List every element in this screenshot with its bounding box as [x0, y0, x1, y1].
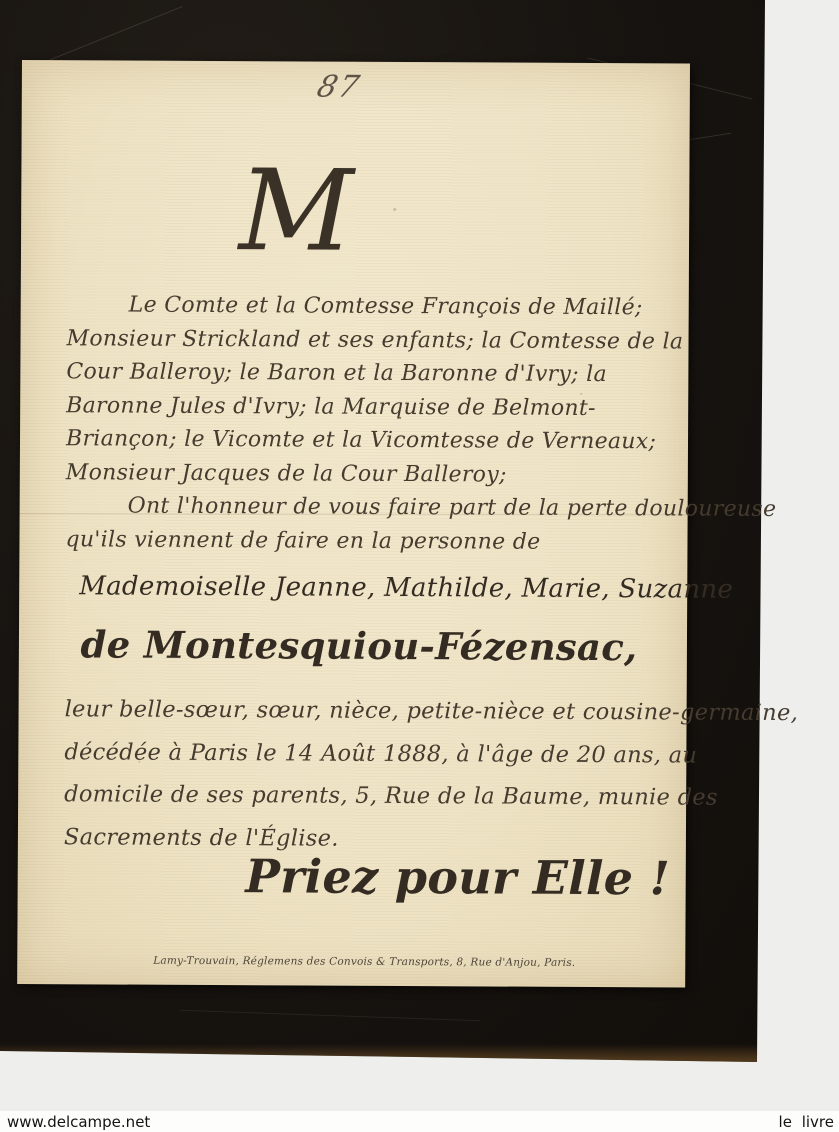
prayer-closing-line: Priez pour Elle !: [188, 849, 728, 906]
mat-scratch: [43, 6, 182, 63]
death-announcement-card: 87 M Le Comte et la Comtesse François de…: [17, 60, 690, 987]
undertaker-imprint: Lamy-Trouvain, Réglemens des Convois & T…: [87, 954, 641, 969]
handwritten-page-number: 87: [313, 70, 364, 105]
death-details-paragraph: leur belle-sœur, sœur, nièce, petite-niè…: [64, 688, 661, 861]
text-line: Monsieur Strickland et ses enfants; la C…: [66, 322, 662, 359]
text-line: Baronne Jules d'Ivry; la Marquise de Bel…: [66, 389, 662, 426]
delcampe-watermark: www.delcampe.net: [7, 1113, 150, 1131]
text-line: Cour Balleroy; le Baron et la Baronne d'…: [66, 355, 662, 392]
text-line: Briançon; le Vicomte et la Vicomtesse de…: [66, 422, 662, 459]
mat-bottom-edge: [0, 1044, 765, 1062]
text-line: domicile de ses parents, 5, Rue de la Ba…: [64, 773, 660, 819]
text-line: décédée à Paris le 14 Août 1888, à l'âge…: [64, 731, 660, 777]
le-livre-watermark: le livre: [779, 1113, 834, 1131]
paper-speck: [393, 208, 396, 211]
text-line: Ont l'honneur de vous faire part de la p…: [66, 489, 662, 526]
family-announcement-paragraph: Le Comte et la Comtesse François de Mail…: [65, 288, 662, 559]
deceased-given-names: Mademoiselle Jeanne, Mathilde, Marie, Su…: [79, 571, 639, 604]
scan-watermark-strip: www.delcampe.net le livre: [0, 1111, 839, 1132]
text-line: Monsieur Jacques de la Cour Balleroy;: [66, 456, 662, 493]
mat-scratch: [180, 1010, 480, 1021]
deceased-family-name: de Montesquiou-Fézensac,: [79, 622, 639, 669]
text-line: leur belle-sœur, sœur, nièce, petite-niè…: [64, 688, 660, 734]
text-line: Le Comte et la Comtesse François de Mail…: [67, 288, 663, 325]
scanned-photo-background: { "document": { "handwritten_number": "8…: [0, 0, 839, 1132]
engraved-monogram-m: M: [221, 155, 372, 268]
text-line: qu'ils viennent de faire en la personne …: [65, 523, 661, 560]
